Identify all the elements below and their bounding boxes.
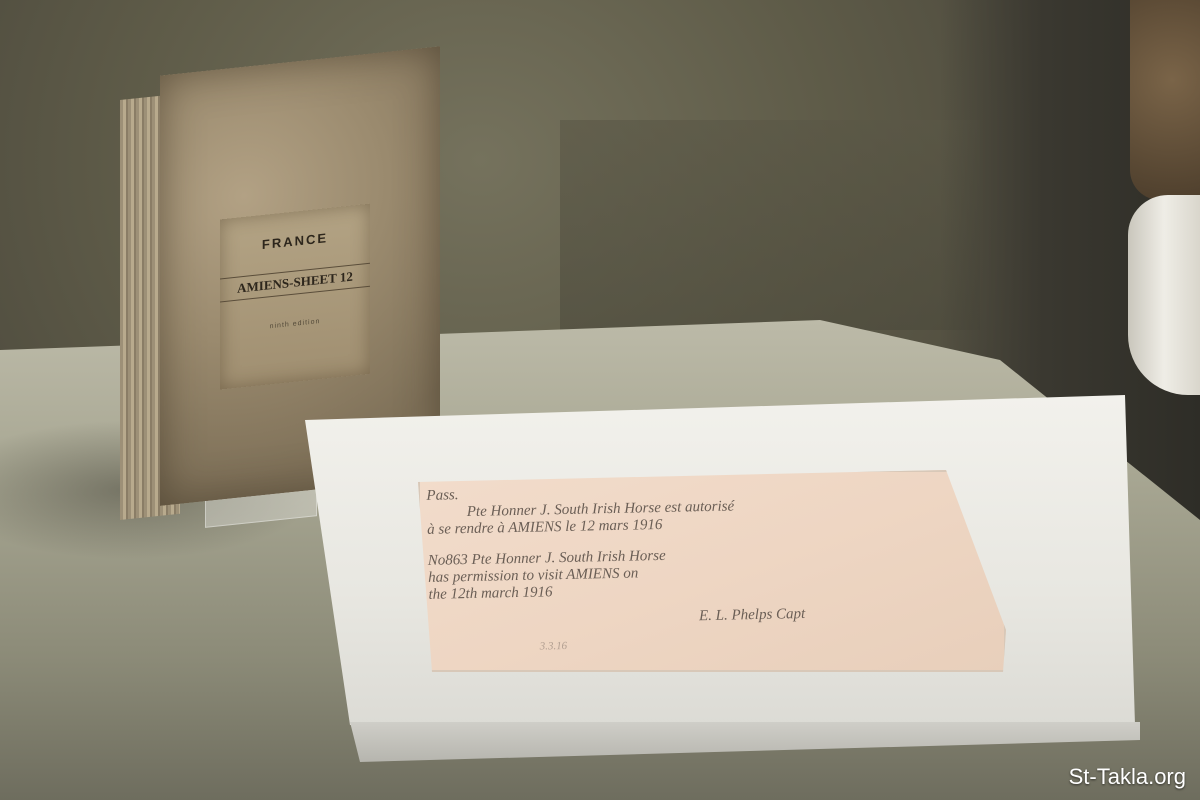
mannequin-figure bbox=[1128, 195, 1200, 395]
book-label-country: FRANCE bbox=[220, 226, 370, 257]
book-label-edition: ninth edition bbox=[220, 313, 370, 336]
wall-panel bbox=[560, 120, 980, 330]
fabric-garment bbox=[1130, 0, 1200, 200]
book-label: FRANCE AMIENS-SHEET 12 ninth edition bbox=[220, 204, 370, 390]
pass-signature: E. L. Phelps Capt bbox=[429, 602, 989, 631]
museum-scene: FRANCE AMIENS-SHEET 12 ninth edition Pas… bbox=[0, 0, 1200, 800]
watermark: St-Takla.org bbox=[1069, 764, 1186, 790]
pass-text: Pass. Pte Honner J. South Irish Horse es… bbox=[426, 476, 989, 658]
book-label-title: AMIENS-SHEET 12 bbox=[220, 263, 370, 303]
